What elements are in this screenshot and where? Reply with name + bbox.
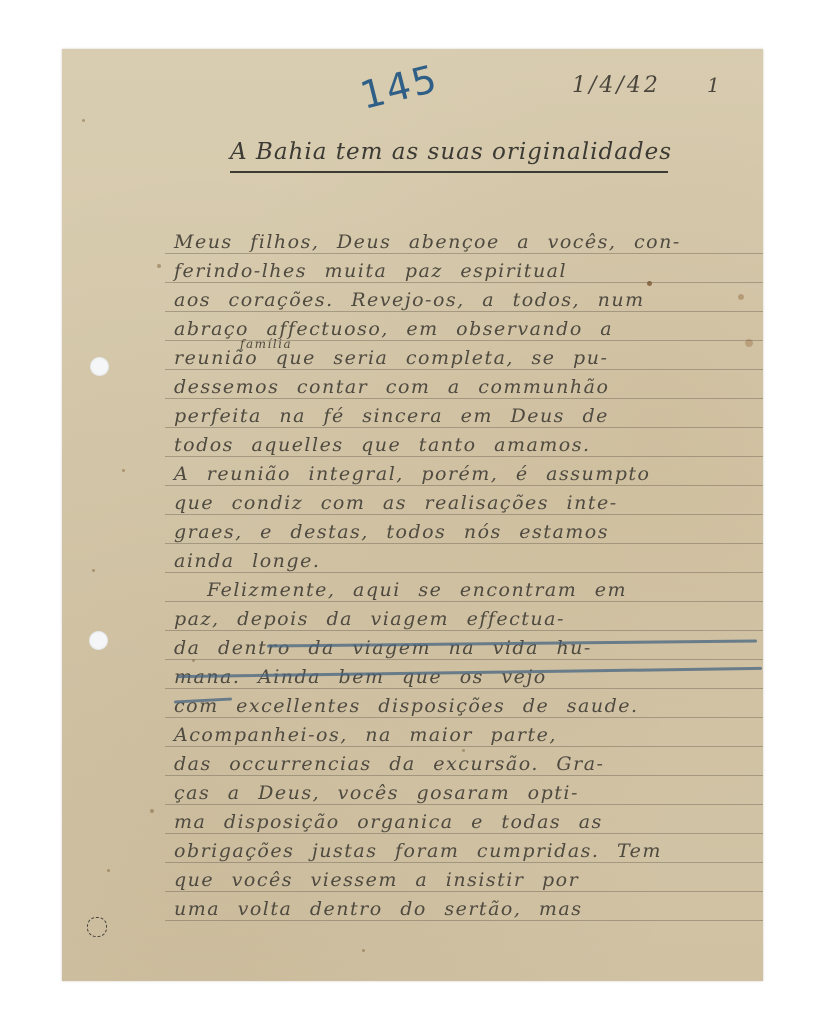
text-line: Meus filhos, Deus abençoe a vocês, con-: [174, 231, 681, 253]
ruled-line: [165, 282, 763, 283]
text-line: que condiz com as realisações inte-: [174, 492, 618, 514]
manuscript-page: 145 1/4/42 1 A Bahia tem as suas origina…: [62, 49, 763, 981]
punch-hole-lower: [89, 631, 108, 650]
text-line: ferindo-lhes muita paz espiritual: [174, 260, 567, 282]
text-line: dessemos contar com a communhão: [174, 376, 609, 398]
text-line: aos corações. Revejo-os, a todos, num: [174, 289, 645, 311]
paper-speck: [82, 119, 85, 122]
paper-speck: [462, 749, 465, 752]
paper-speck: [107, 869, 110, 872]
letter-date: 1/4/42: [572, 73, 661, 98]
ruled-line: [165, 630, 763, 631]
text-line: ças a Deus, vocês gosaram opti-: [174, 782, 579, 804]
ruled-line: [165, 688, 763, 689]
text-line: A reunião integral, porém, é assumpto: [174, 463, 651, 485]
text-line: perfeita na fé sincera em Deus de: [174, 405, 609, 427]
punch-hole-upper: [90, 357, 109, 376]
ruled-line: [165, 543, 763, 544]
letter-title: A Bahia tem as suas originalidades: [230, 139, 672, 165]
text-line: ma disposição organica e todas as: [174, 811, 603, 833]
text-line: Acompanhei-os, na maior parte,: [174, 724, 557, 746]
ruled-line: [165, 775, 763, 776]
sheet-mark: 1: [707, 73, 721, 97]
ruled-line: [165, 891, 763, 892]
title-underline: [230, 171, 668, 173]
ruled-line: [165, 572, 763, 573]
paper-speck: [157, 264, 161, 268]
paper-speck: [122, 469, 125, 472]
text-line: graes, e destas, todos nós estamos: [174, 521, 609, 543]
ruled-line: [165, 311, 763, 312]
text-line: ainda longe.: [174, 550, 320, 572]
ruled-line: [165, 833, 763, 834]
ruled-line: [165, 253, 763, 254]
archive-stamp-mark: [87, 917, 107, 937]
text-line: todos aquelles que tanto amamos.: [174, 434, 591, 456]
ruled-line: [165, 398, 763, 399]
ruled-line: [165, 456, 763, 457]
paper-stain: [738, 294, 744, 300]
text-line: com excellentes disposições de saude.: [174, 695, 639, 717]
page-number: 145: [356, 56, 443, 118]
text-line: Felizmente, aqui se encontram em: [207, 579, 627, 601]
text-line: que vocês viessem a insistir por: [174, 869, 579, 891]
ruled-line: [165, 485, 763, 486]
paper-speck: [92, 569, 95, 572]
ruled-line: [165, 514, 763, 515]
paper-speck: [150, 809, 154, 813]
ruled-line: [165, 804, 763, 805]
text-line: uma volta dentro do sertão, mas: [174, 898, 583, 920]
interlinear-insertion: família: [240, 337, 292, 351]
text-line: obrigações justas foram cumpridas. Tem: [174, 840, 662, 862]
ruled-line: [165, 601, 763, 602]
ruled-line: [165, 659, 763, 660]
text-line: das occurrencias da excursão. Gra-: [174, 753, 604, 775]
ruled-line: [165, 862, 763, 863]
ruled-line: [165, 369, 763, 370]
ruled-line: [165, 920, 763, 921]
ruled-line: [165, 427, 763, 428]
text-line: da dentro da viagem na vida hu-: [174, 637, 592, 659]
ruled-line: [165, 717, 763, 718]
text-line: paz, depois da viagem effectua-: [174, 608, 565, 630]
ruled-line: [165, 746, 763, 747]
paper-speck: [362, 949, 365, 952]
